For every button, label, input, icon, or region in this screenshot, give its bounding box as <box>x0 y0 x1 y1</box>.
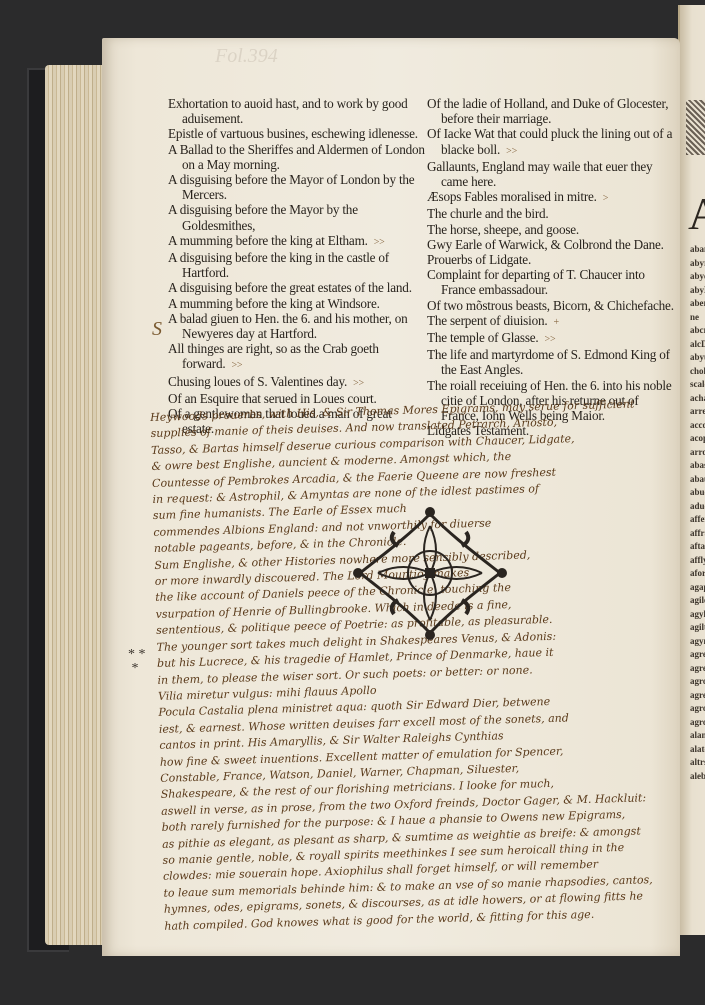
page-edges <box>45 65 105 945</box>
contents-entry: A disguising before the king in the cast… <box>168 250 426 280</box>
facing-page-line: agroy <box>690 675 705 689</box>
entry-title: Of two mõstrous beasts, Bicorn, & Chiche… <box>427 298 674 313</box>
facing-page-line: aduer <box>690 500 705 514</box>
facing-page-line: agyno <box>690 635 705 649</box>
facing-page-line: agile <box>690 594 705 608</box>
contents-entry: The serpent of diuision.+ <box>427 313 675 330</box>
asterisks-mark: * * * <box>128 648 146 676</box>
facing-page-line: affly <box>690 554 705 568</box>
facing-page-line: achale <box>690 392 705 406</box>
entry-title: A disguising before the Mayor by the Gol… <box>168 202 358 232</box>
contents-entry: Of the ladie of Holland, and Duke of Glo… <box>427 96 675 126</box>
facing-page-line: abuen <box>690 486 705 500</box>
contents-entry: A mumming before the king at Windsore. <box>168 296 426 311</box>
contents-entry: All thinges are right, so as the Crab go… <box>168 341 426 373</box>
contents-entry: The churle and the bird. <box>427 206 675 221</box>
reader-mark-icon: + <box>553 317 558 328</box>
entry-title: Gallaunts, England may waile that euer t… <box>427 159 652 189</box>
facing-page-line: agrei <box>690 689 705 703</box>
facing-page-line: abyDe <box>690 284 705 298</box>
entry-title: Æsops Fables moralised in mitre. <box>427 189 597 204</box>
facing-page-line: alans <box>690 729 705 743</box>
facing-page-line: acopo <box>690 432 705 446</box>
reader-mark-icon: >> <box>374 237 385 248</box>
contents-entry: A disguising before the Mayor by the Gol… <box>168 202 426 232</box>
reader-mark-icon: > <box>603 193 608 204</box>
printed-column-right: Of the ladie of Holland, and Duke of Glo… <box>427 96 675 438</box>
facing-page-line: scale <box>690 378 705 392</box>
printers-ornament-icon <box>348 506 513 641</box>
entry-title: A disguising before the Mayor of London … <box>168 172 414 202</box>
entry-title: A balad giuen to Hen. the 6. and his mot… <box>168 311 408 341</box>
contents-entry: A Ballad to the Sheriffes and Aldermen o… <box>168 142 426 172</box>
contents-entry: Exhortation to auoid hast, and to work b… <box>168 96 426 126</box>
facing-page-line: afore <box>690 567 705 581</box>
contents-entry: The horse, sheepe, and goose. <box>427 222 675 237</box>
entry-title: Of the ladie of Holland, and Duke of Glo… <box>427 96 668 126</box>
contents-entry: A balad giuen to Hen. the 6. and his mot… <box>168 311 426 341</box>
contents-entry: Complaint for departing of T. Chaucer in… <box>427 267 675 297</box>
entry-title: Epistle of vartuous busines, eschewing i… <box>168 126 418 141</box>
contents-entry: Of Iacke Wat that could pluck the lining… <box>427 126 675 158</box>
printed-column-left: Exhortation to auoid hast, and to work b… <box>168 96 426 436</box>
facing-page-line: agrea <box>690 662 705 676</box>
entry-title: A mumming before the king at Eltham. <box>168 233 368 248</box>
contents-entry: Epistle of vartuous busines, eschewing i… <box>168 126 426 141</box>
contents-entry: Chusing loues of S. Valentines day.>> <box>168 374 426 391</box>
contents-entry: A mumming before the king at Eltham.>> <box>168 233 426 250</box>
entry-title: Prouerbs of Lidgate. <box>427 252 531 267</box>
facing-page-line: agylt <box>690 608 705 622</box>
entry-title: The horse, sheepe, and goose. <box>427 222 579 237</box>
facing-page-line: agrof <box>690 716 705 730</box>
reader-mark-icon: >> <box>231 360 242 371</box>
facing-page-line: agren <box>690 648 705 662</box>
entry-title: All thinges are right, so as the Crab go… <box>168 341 379 371</box>
contents-entry: Of two mõstrous beasts, Bicorn, & Chiche… <box>427 298 675 313</box>
facing-page-line: arrob <box>690 446 705 460</box>
contents-entry: The life and martyrdome of S. Edmond Kin… <box>427 347 675 377</box>
asterisks-text: * * * <box>128 647 146 676</box>
entry-title: The life and martyrdome of S. Edmond Kin… <box>427 347 670 377</box>
entry-title: Complaint for departing of T. Chaucer in… <box>427 267 645 297</box>
facing-page-line: alebe <box>690 770 705 784</box>
reader-mark-icon: >> <box>353 378 364 389</box>
facing-page-line: alate <box>690 743 705 757</box>
facing-page-line: agapt <box>690 581 705 595</box>
facing-page-line: abye, <box>690 270 705 284</box>
contents-entry: A disguising before the great estates of… <box>168 280 426 295</box>
contents-entry: The temple of Glasse.>> <box>427 330 675 347</box>
entry-title: The serpent of diuision. <box>427 313 547 328</box>
entry-title: A Ballad to the Sheriffes and Aldermen o… <box>168 142 425 172</box>
margin-annotation-symbol: S <box>152 318 162 341</box>
facing-page-line: ne <box>690 311 705 325</box>
contents-entry: A disguising before the Mayor of London … <box>168 172 426 202</box>
facing-page-line: abyun <box>690 351 705 365</box>
facing-page-line: abyrn <box>690 257 705 271</box>
entry-title: Exhortation to auoid hast, and to work b… <box>168 96 408 126</box>
facing-page-text: abanlabyrnabye,abyDeaberi neabcr,alcDyab… <box>690 243 705 783</box>
entry-title: Of Iacke Wat that could pluck the lining… <box>427 126 672 156</box>
entry-title: The churle and the bird. <box>427 206 549 221</box>
facing-page-line: alcDy <box>690 338 705 352</box>
facing-page-line: affray <box>690 527 705 541</box>
facing-page-line: aftay <box>690 540 705 554</box>
contents-entry: Prouerbs of Lidgate. <box>427 252 675 267</box>
entry-title: A mumming before the king at Windsore. <box>168 296 380 311</box>
facing-page-ornament-icon <box>686 100 705 155</box>
facing-page-line: abanl <box>690 243 705 257</box>
entry-title: Gwy Earle of Warwick, & Colbrond the Dan… <box>427 237 664 252</box>
facing-page: A abanlabyrnabye,abyDeaberi neabcr,alcDy… <box>678 5 705 935</box>
entry-title: Chusing loues of S. Valentines day. <box>168 374 347 389</box>
facing-page-line: accop <box>690 419 705 433</box>
entry-title: A disguising before the great estates of… <box>168 280 412 295</box>
facing-page-line: agilt <box>690 621 705 635</box>
facing-page-line: cholo <box>690 365 705 379</box>
entry-title: A disguising before the king in the cast… <box>168 250 389 280</box>
contents-entry: Gallaunts, England may waile that euer t… <box>427 159 675 189</box>
entry-title: The temple of Glasse. <box>427 330 539 345</box>
facing-page-line: agrot <box>690 702 705 716</box>
manuscript-annotation: Heywoods prouerbs, with His, & Sir Thoma… <box>150 395 684 934</box>
reader-mark-icon: >> <box>506 146 517 157</box>
reader-mark-icon: >> <box>545 334 556 345</box>
contents-entry: Æsops Fables moralised in mitre.> <box>427 189 675 206</box>
folio-number: Fol.394 <box>215 45 278 68</box>
facing-page-line: abcr, <box>690 324 705 338</box>
contents-entry: Gwy Earle of Warwick, & Colbrond the Dan… <box>427 237 675 252</box>
facing-page-line: altrs <box>690 756 705 770</box>
facing-page-line: arreft <box>690 405 705 419</box>
facing-page-line: abaun <box>690 473 705 487</box>
facing-page-line: aberi <box>690 297 705 311</box>
facing-page-line: affen <box>690 513 705 527</box>
facing-page-line: abasu <box>690 459 705 473</box>
drop-cap: A <box>688 187 705 240</box>
